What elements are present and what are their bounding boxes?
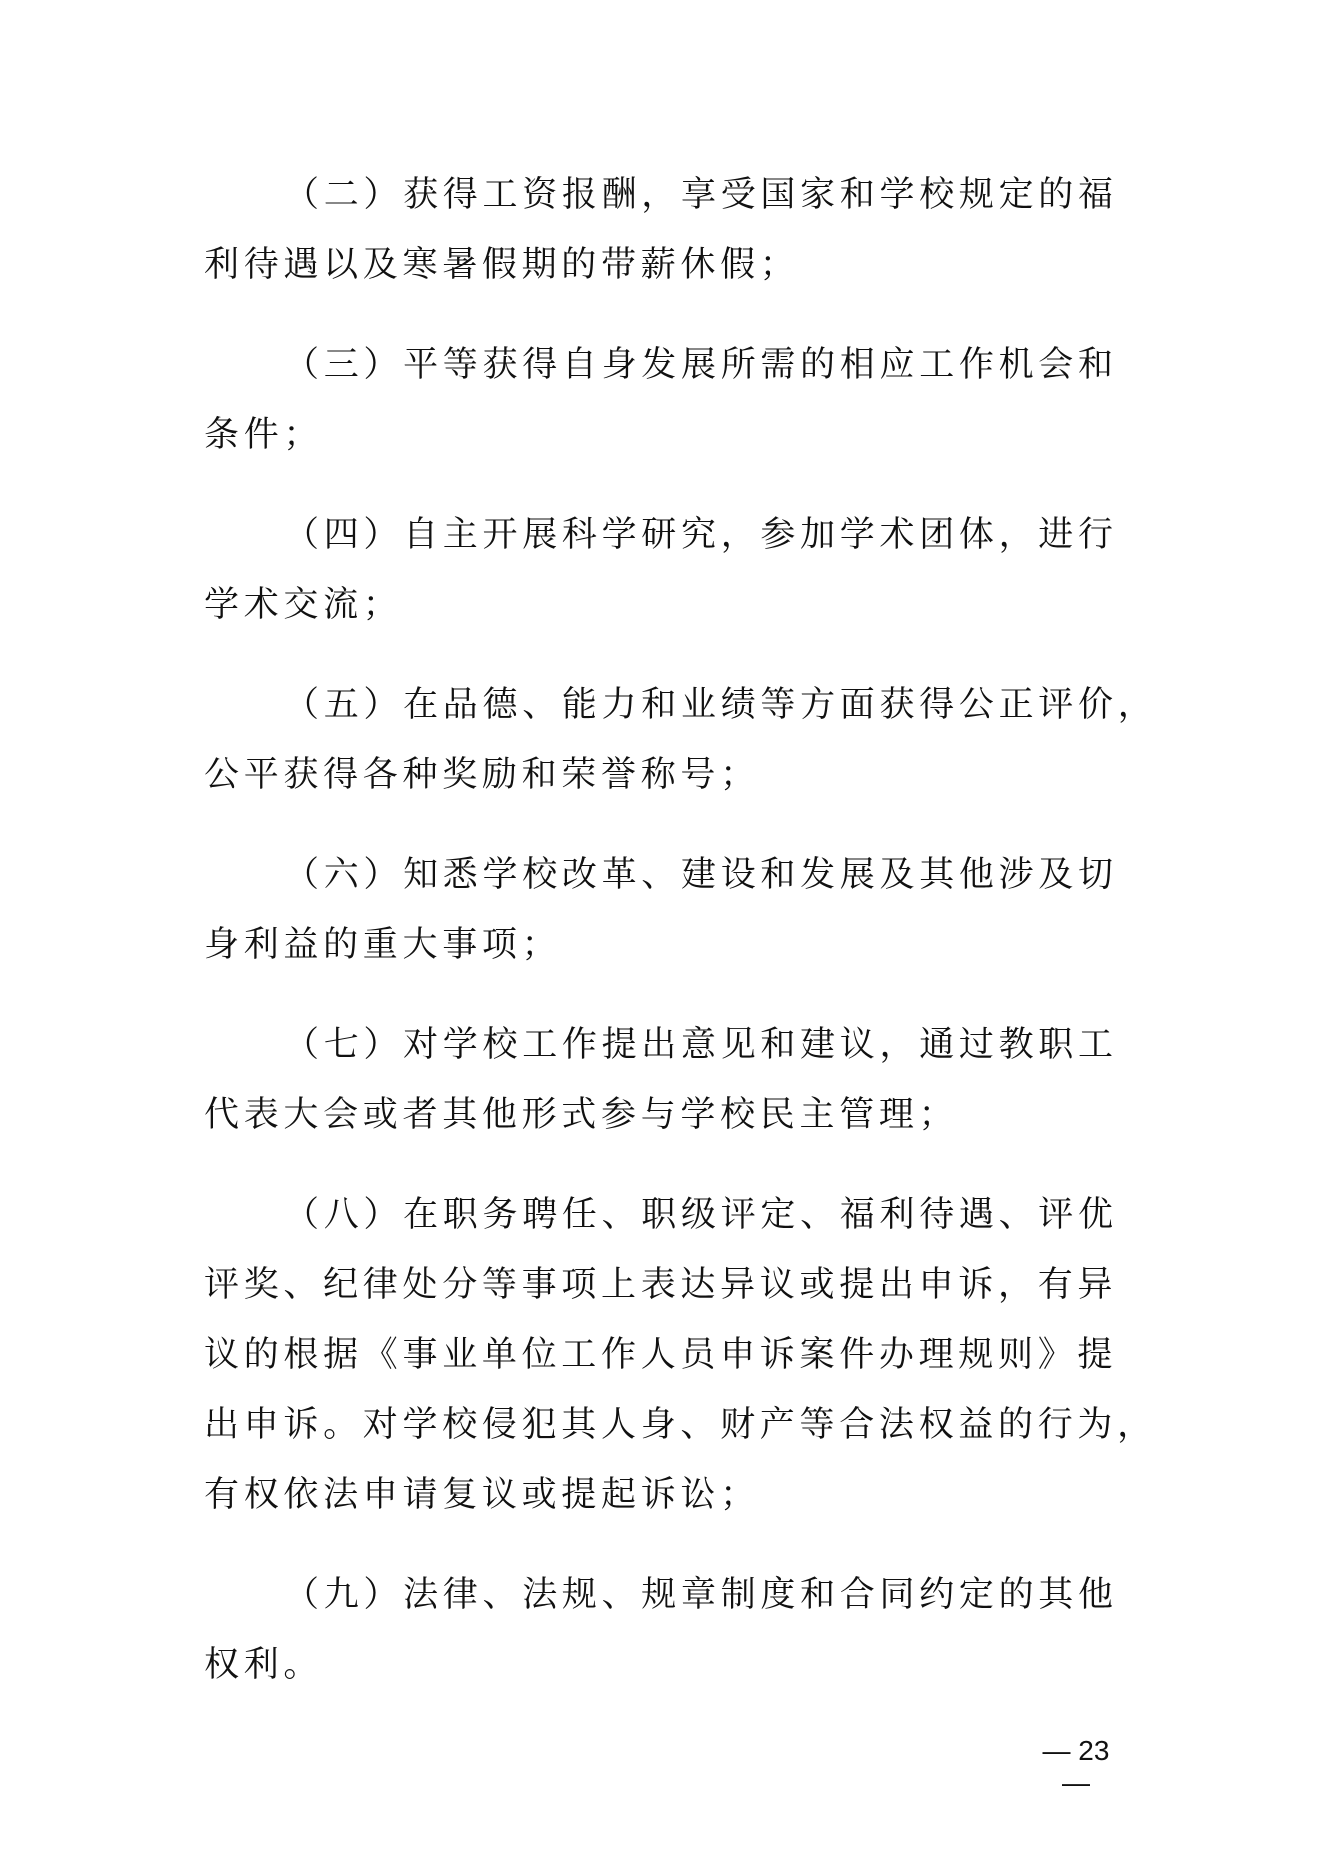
document-body: （二）获得工资报酬，享受国家和学校规定的福 利待遇以及寒暑假期的带薪休假； （三… [204,160,1124,1730]
paragraph-line: 公平获得各种奖励和荣誉称号； [204,740,1124,810]
paragraph-line: 出申诉。对学校侵犯其人身、财产等合法权益的行为， [204,1390,1124,1460]
page-number: — 23 — [1026,1735,1126,1799]
paragraph-item-6: （六）知悉学校改革、建设和发展及其他涉及切 身利益的重大事项； [204,840,1124,980]
paragraph-line: 权利。 [204,1630,1124,1700]
paragraph-item-7: （七）对学校工作提出意见和建议，通过教职工 代表大会或者其他形式参与学校民主管理… [204,1010,1124,1150]
paragraph-item-5: （五）在品德、能力和业绩等方面获得公正评价， 公平获得各种奖励和荣誉称号； [204,670,1124,810]
paragraph-line: 利待遇以及寒暑假期的带薪休假； [204,230,1124,300]
paragraph-line: （六）知悉学校改革、建设和发展及其他涉及切 [204,840,1124,910]
paragraph-item-3: （三）平等获得自身发展所需的相应工作机会和 条件； [204,330,1124,470]
paragraph-line: （八）在职务聘任、职级评定、福利待遇、评优 [204,1180,1124,1250]
paragraph-line: 有权依法申请复议或提起诉讼； [204,1460,1124,1530]
paragraph-line: （七）对学校工作提出意见和建议，通过教职工 [204,1010,1124,1080]
paragraph-item-4: （四）自主开展科学研究，参加学术团体，进行 学术交流； [204,500,1124,640]
paragraph-line: 学术交流； [204,570,1124,640]
paragraph-item-2: （二）获得工资报酬，享受国家和学校规定的福 利待遇以及寒暑假期的带薪休假； [204,160,1124,300]
paragraph-line: （四）自主开展科学研究，参加学术团体，进行 [204,500,1124,570]
paragraph-line: （三）平等获得自身发展所需的相应工作机会和 [204,330,1124,400]
paragraph-line: （九）法律、法规、规章制度和合同约定的其他 [204,1560,1124,1630]
paragraph-line: （二）获得工资报酬，享受国家和学校规定的福 [204,160,1124,230]
paragraph-line: 评奖、纪律处分等事项上表达异议或提出申诉，有异 [204,1250,1124,1320]
paragraph-item-8: （八）在职务聘任、职级评定、福利待遇、评优 评奖、纪律处分等事项上表达异议或提出… [204,1180,1124,1530]
paragraph-line: 议的根据《事业单位工作人员申诉案件办理规则》提 [204,1320,1124,1390]
paragraph-line: 代表大会或者其他形式参与学校民主管理； [204,1080,1124,1150]
document-page: （二）获得工资报酬，享受国家和学校规定的福 利待遇以及寒暑假期的带薪休假； （三… [0,0,1323,1871]
paragraph-line: 条件； [204,400,1124,470]
paragraph-line: 身利益的重大事项； [204,910,1124,980]
paragraph-item-9: （九）法律、法规、规章制度和合同约定的其他 权利。 [204,1560,1124,1700]
paragraph-line: （五）在品德、能力和业绩等方面获得公正评价， [204,670,1124,740]
